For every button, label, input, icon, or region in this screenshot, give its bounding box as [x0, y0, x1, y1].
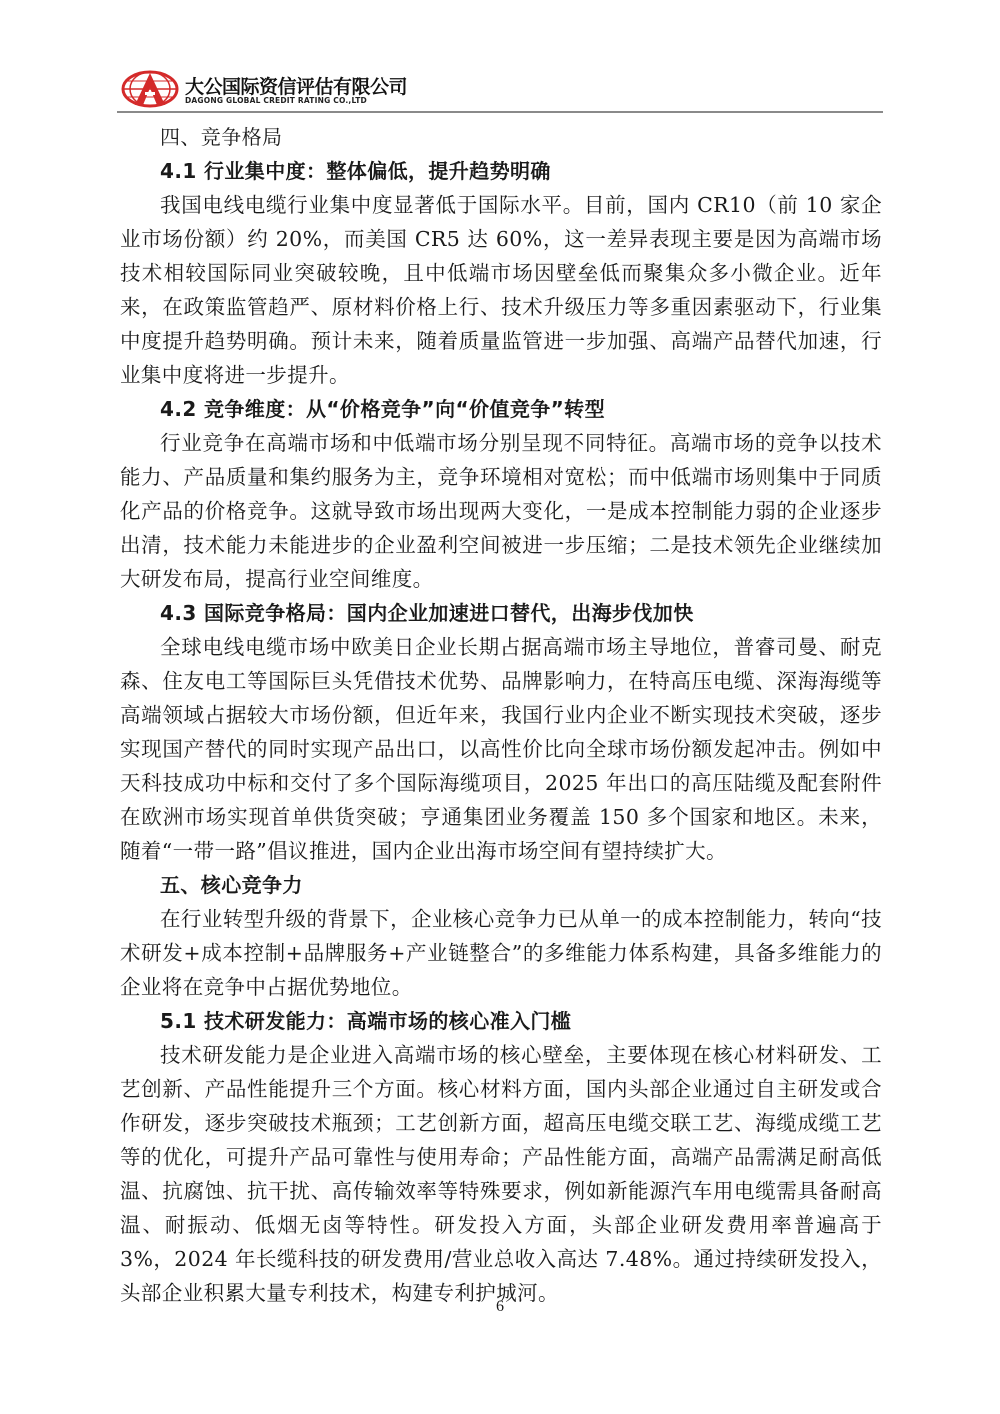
paragraph-competition-dimension: 行业竞争在高端市场和中低端市场分别呈现不同特征。高端市场的竞争以技术能力、产品质… — [120, 426, 882, 596]
page-number: 6 — [0, 1298, 1000, 1316]
paragraph-core-competitiveness: 在行业转型升级的背景下，企业核心竞争力已从单一的成本控制能力，转向“技术研发+成… — [120, 902, 882, 1004]
company-name-en: DAGONG GLOBAL CREDIT RATING CO.,LTD — [185, 96, 367, 105]
paragraph-international-competition: 全球电线电缆市场中欧美日企业长期占据高端市场主导地位，普睿司曼、耐克森、住友电工… — [120, 630, 882, 868]
paragraph-concentration: 我国电线电缆行业集中度显著低于国际水平。目前，国内 CR10（前 10 家企业市… — [120, 188, 882, 392]
subsection-heading-4-3: 4.3 国际竞争格局：国内企业加速进口替代，出海步伐加快 — [120, 596, 882, 630]
section-heading-competition: 四、竞争格局 — [120, 120, 882, 154]
company-name-cn: 大公国际资信评估有限公司 — [185, 72, 407, 99]
subsection-heading-4-2: 4.2 竞争维度：从“价格竞争”向“价值竞争”转型 — [120, 392, 882, 426]
header-divider — [117, 111, 883, 113]
section-heading-core-competitiveness: 五、核心竞争力 — [120, 868, 882, 902]
page-header: 大公国际资信评估有限公司 DAGONG GLOBAL CREDIT RATING… — [117, 66, 883, 116]
dagong-logo-icon — [121, 70, 179, 108]
document-body: 四、竞争格局 4.1 行业集中度：整体偏低，提升趋势明确 我国电线电缆行业集中度… — [120, 120, 882, 1310]
subsection-heading-5-1: 5.1 技术研发能力：高端市场的核心准入门槛 — [120, 1004, 882, 1038]
subsection-heading-4-1: 4.1 行业集中度：整体偏低，提升趋势明确 — [120, 154, 882, 188]
paragraph-rd-capability: 技术研发能力是企业进入高端市场的核心壁垒，主要体现在核心材料研发、工艺创新、产品… — [120, 1038, 882, 1310]
